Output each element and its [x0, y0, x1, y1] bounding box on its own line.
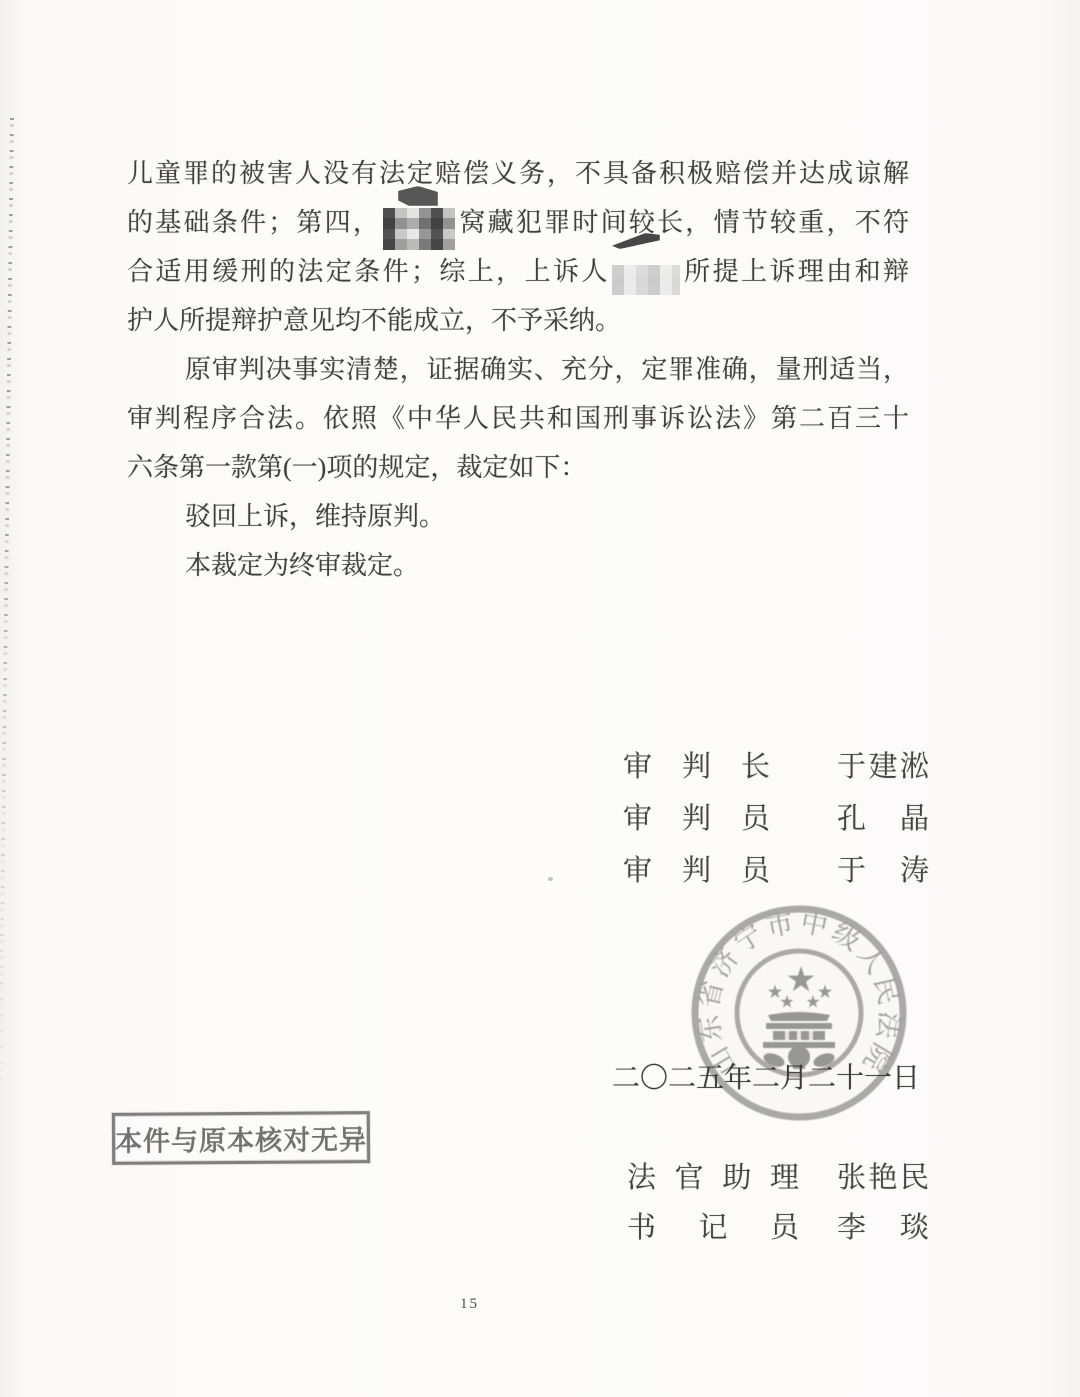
body-line: 护人所提辩护意见均不能成立，不予采纳。: [127, 296, 909, 345]
redaction-mosaic: [612, 265, 680, 295]
court-seal: 山东省济宁市中级人民法院: [655, 869, 943, 1157]
body-line: 驳回上诉，维持原判。: [127, 492, 909, 541]
body-text-segment: 护人所提辩护意见均不能成立，不予采纳。: [127, 306, 621, 335]
signature-name: 李琰: [837, 1211, 929, 1246]
body-line: 儿童罪的被害人没有法定赔偿义务，不具备积极赔偿并达成谅解: [127, 149, 909, 198]
body-text-segment: 所提上诉理由和辩: [682, 257, 909, 286]
body-text-segment: 窝藏犯罪时间较长，情节较重，不符: [457, 208, 909, 237]
signature-role: 书记员: [627, 1211, 799, 1246]
body-text-segment: 本裁定为终审裁定。: [185, 551, 419, 580]
officials-signature-block: 法官助理张艳民书记员李琰: [627, 1161, 929, 1261]
signature-name: 张艳民: [837, 1161, 929, 1196]
signature-row: 审判员孔晶: [623, 802, 929, 837]
scan-speck-artifact: [548, 877, 553, 881]
signature-role: 审判员: [623, 802, 770, 837]
body-text-segment: 的基础条件；第四，: [127, 208, 381, 237]
redaction-mosaic: [383, 208, 455, 250]
signature-role: 法官助理: [627, 1161, 799, 1196]
body-text-segment: 儿童罪的被害人没有法定赔偿义务，不具备积极赔偿并达成谅解: [127, 159, 909, 188]
judgment-body: 儿童罪的被害人没有法定赔偿义务，不具备积极赔偿并达成谅解的基础条件；第四，窝藏犯…: [127, 149, 909, 590]
body-line: 本裁定为终审裁定。: [127, 541, 909, 590]
date-line: 二〇二五年二月二十一日: [612, 1056, 920, 1096]
body-text-segment: 驳回上诉，维持原判。: [185, 502, 445, 531]
body-line: 的基础条件；第四，窝藏犯罪时间较长，情节较重，不符: [127, 198, 909, 247]
body-text-segment: 审判程序合法。依照《中华人民共和国刑事诉讼法》第二百三十: [127, 404, 909, 433]
body-line: 六条第一款第(一)项的规定，裁定如下：: [127, 443, 909, 492]
scan-binding-artifact: [0, 118, 14, 1168]
page-number: 15: [460, 1296, 479, 1313]
body-line: 原审判决事实清楚，证据确实、充分，定罪准确，量刑适当，: [127, 345, 909, 394]
signature-role: 审判长: [623, 750, 770, 785]
body-text-segment: 六条第一款第(一)项的规定，裁定如下：: [127, 453, 586, 482]
body-line: 审判程序合法。依照《中华人民共和国刑事诉讼法》第二百三十: [127, 394, 909, 443]
body-text-segment: 原审判决事实清楚，证据确实、充分，定罪准确，量刑适当，: [185, 355, 909, 384]
signature-name: 孔晶: [837, 802, 929, 837]
body-line: 合适用缓刑的法定条件；综上，上诉人所提上诉理由和辩: [127, 247, 909, 296]
verification-stamp: 本件与原本核对无异: [112, 1111, 370, 1165]
verification-stamp-text: 本件与原本核对无异: [115, 1118, 367, 1159]
signature-row: 法官助理张艳民: [627, 1161, 929, 1196]
body-text-segment: 合适用缓刑的法定条件；综上，上诉人: [127, 257, 610, 286]
signature-name: 于建淞: [837, 750, 929, 785]
court-ruling-page: 儿童罪的被害人没有法定赔偿义务，不具备积极赔偿并达成谅解的基础条件；第四，窝藏犯…: [0, 0, 1080, 1397]
signature-row: 书记员李琰: [627, 1211, 929, 1246]
signature-row: 审判长于建淞: [623, 750, 929, 785]
